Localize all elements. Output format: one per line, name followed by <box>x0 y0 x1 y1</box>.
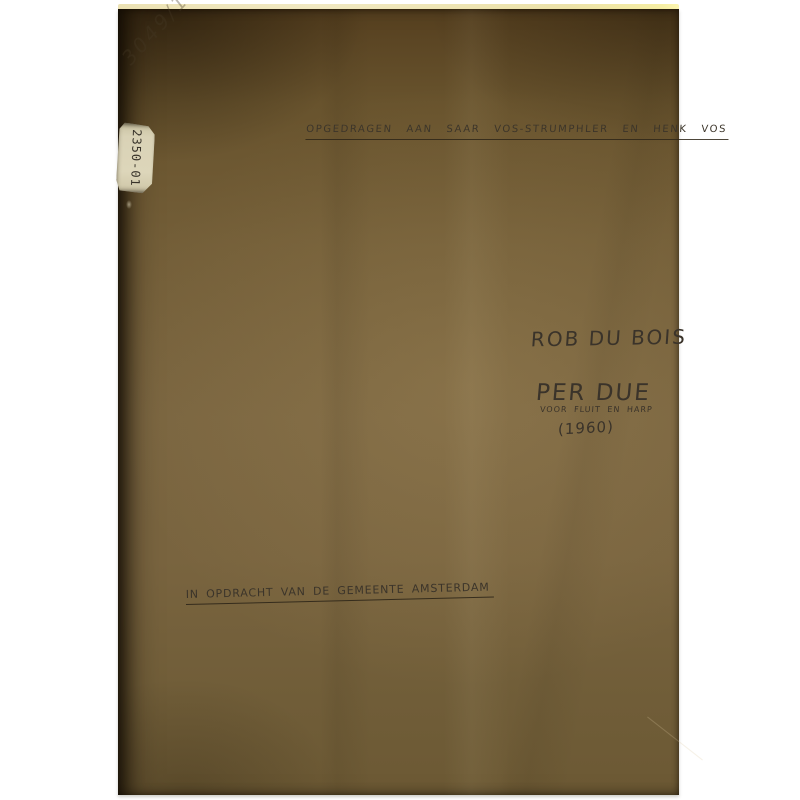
instrumentation-subtitle: VOOR FLUIT EN HARP <box>540 405 653 414</box>
work-title: PER DUE <box>535 380 652 406</box>
composer-name: ROB DU BOIS <box>530 325 688 352</box>
dedication-text: OPGEDRAGEN AAN SAAR VOS-STRUMPHLER EN HE… <box>305 124 729 140</box>
composition-year: (1960) <box>558 418 614 439</box>
dedication-line: OPGEDRAGEN AAN SAAR VOS-STRUMPHLER EN HE… <box>305 124 729 140</box>
smudge-mark <box>126 200 132 209</box>
shelf-number: 2350-01 <box>127 129 143 187</box>
library-shelf-label: 2350-01 <box>116 122 155 193</box>
scanned-cover-page: 3049/1 2350-01 OPGEDRAGEN AAN SAAR VOS-S… <box>0 0 800 800</box>
